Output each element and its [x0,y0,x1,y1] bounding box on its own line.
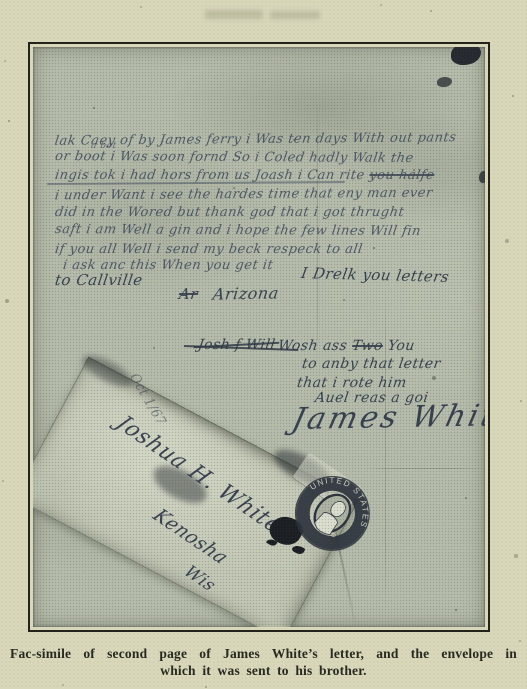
book-page: lak Caey of by James ferry i Was ten day… [0,0,527,689]
caption-line-2: which it was sent to his brother. [10,662,517,679]
ink-blemish [479,171,485,183]
caption-line-1: Fac-simile of second page of James White… [10,645,517,662]
ink-blemish [437,77,452,87]
signature: James White [289,401,485,435]
address-city: Kenosha [149,506,232,567]
address-state: Wis [180,564,219,595]
letter-line: if you all Well i send my beck respeck t… [54,243,363,256]
struck-words: you halfe [368,168,435,183]
struck-word: Two [351,338,384,354]
address-name: Joshua H. White [111,413,286,537]
closing-line: that i rote him [296,376,408,390]
scribble-text: Josh f Will [197,338,276,352]
closing-line: to anby that letter [301,357,442,371]
letter-photograph: lak Caey of by James ferry i Was ten day… [33,47,485,627]
corner-ink-blemish [451,47,481,65]
direct-letters-note: I Drelk you letters [300,266,450,285]
letter-line: or boot i Was soon fornd So i Coled hadl… [54,150,414,165]
closing-text: You [382,338,416,354]
photo-specks [33,47,35,49]
closing-line: Wosh ass Two You [277,339,416,353]
fold-line [363,468,485,469]
callville-note: to Callville [54,273,144,288]
closing-text: Wosh ass [277,338,353,354]
edge-smudge [78,349,136,392]
ghost-print-smudge [205,10,263,19]
envelope: Oct 1/67 Joshua H. White Kenosha Wis [33,357,359,627]
paper-specks [0,0,2,2]
ghost-print-smudge [270,11,320,19]
caption: Fac-simile of second page of James White… [10,645,517,679]
letter-line: i under Want i see the hardes time that … [54,187,434,203]
letter-line: saft i am Well a gin and i hope the few … [54,223,422,238]
struck-word: Ar [178,287,199,302]
letter-line: ingis tok i had hors from us Joash i Can… [54,169,435,182]
arizona-note: Arizona [212,285,280,302]
fold-line [385,287,386,617]
crossed-out-words: Josh f Will [197,338,276,352]
photo-frame: lak Caey of by James ferry i Was ten day… [28,42,490,632]
letter-line: did in the Wored but thank god that i go… [54,206,405,219]
